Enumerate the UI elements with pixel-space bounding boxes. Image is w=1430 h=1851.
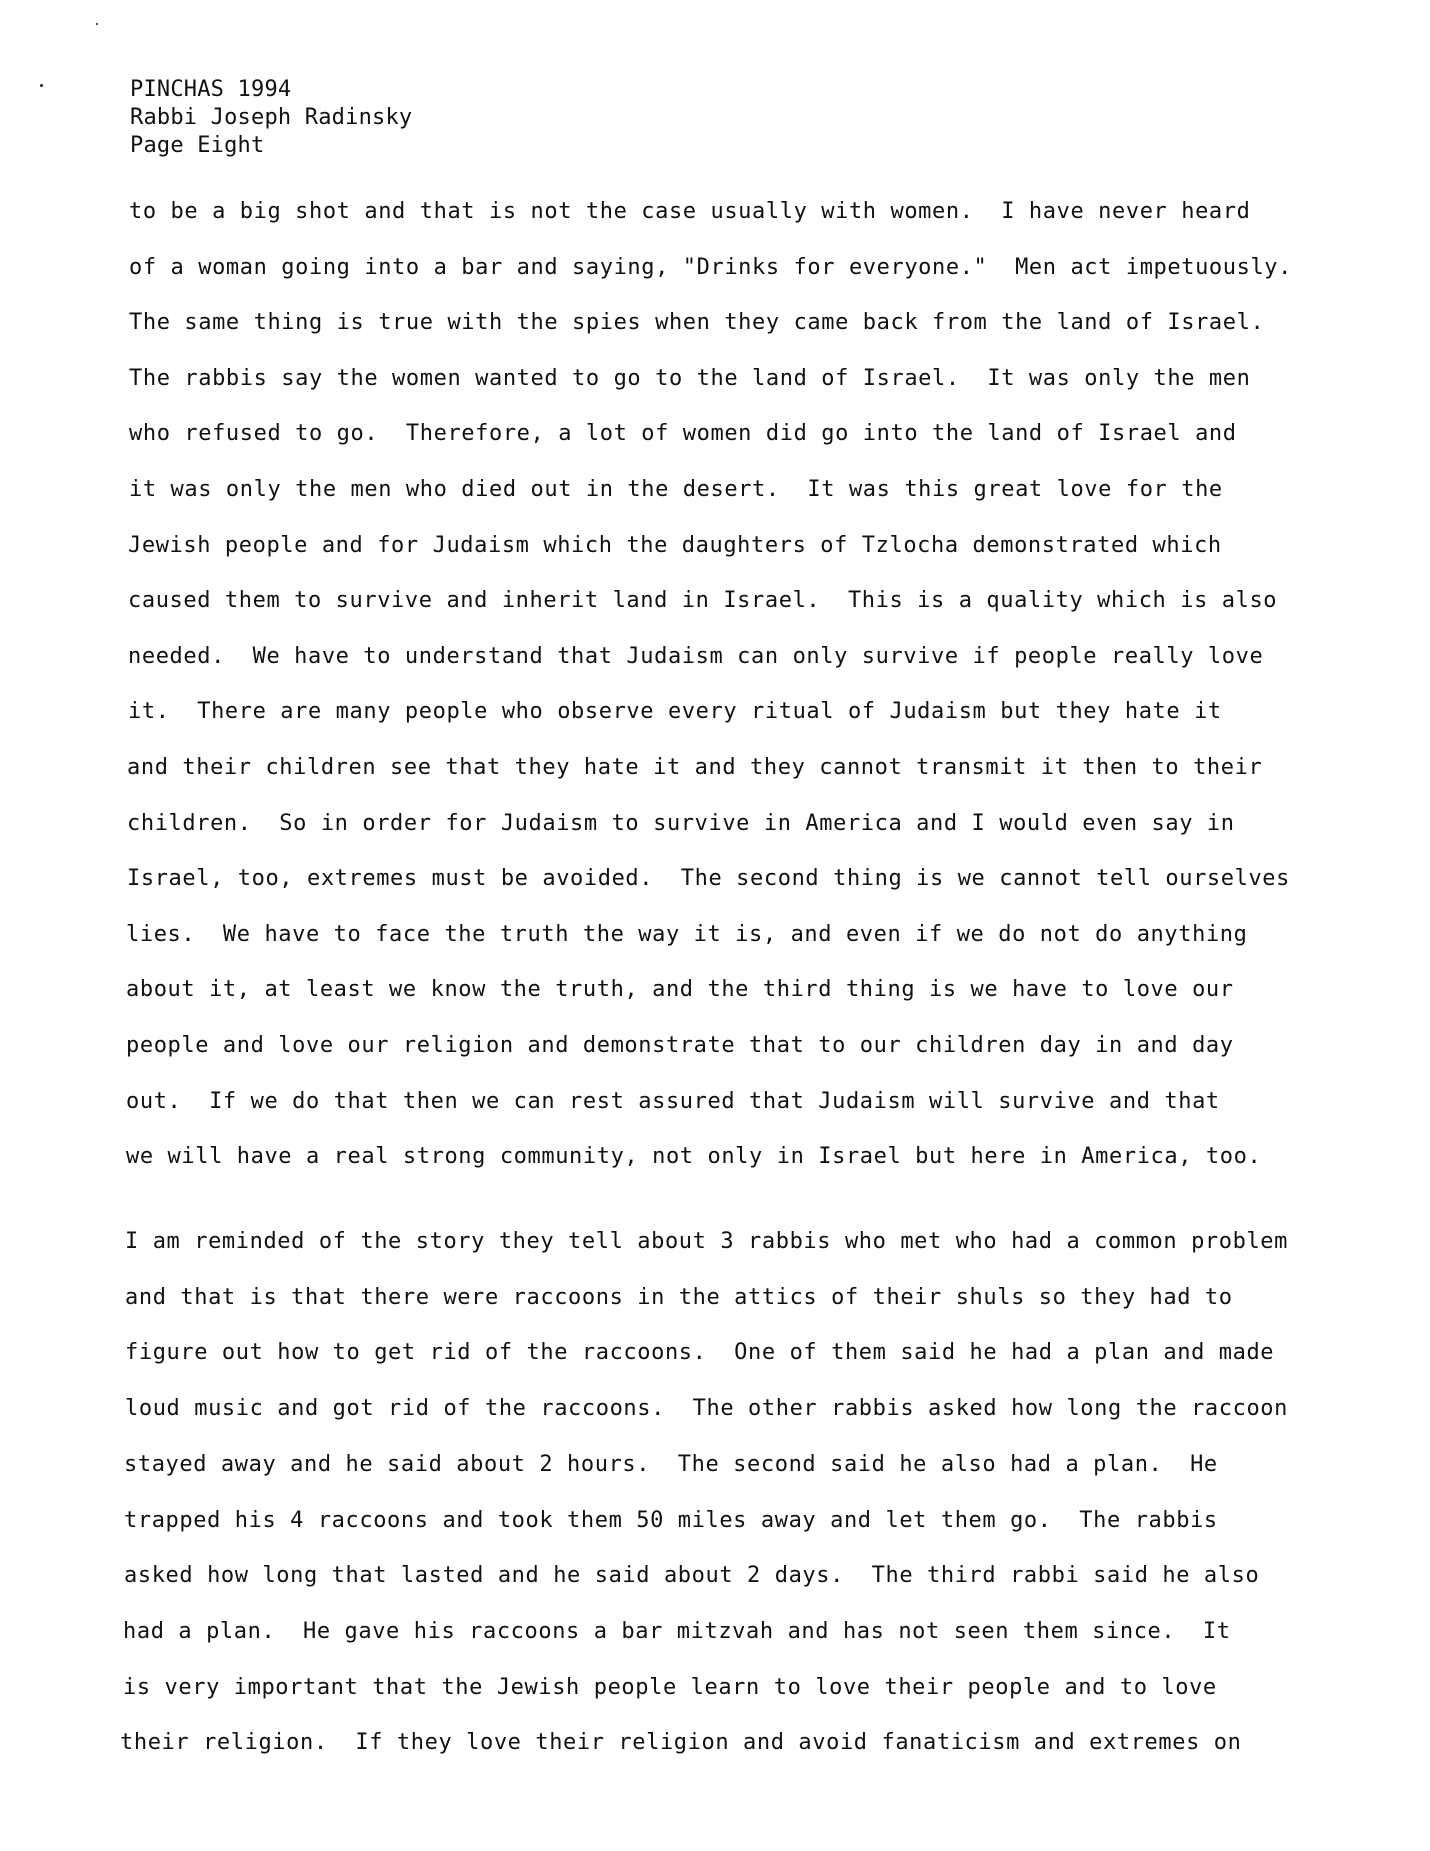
text-line: The same thing is true with the spies wh… (129, 309, 1264, 337)
text-line: of a woman going into a bar and saying, … (129, 254, 1292, 282)
text-line: to be a big shot and that is not the cas… (129, 198, 1250, 226)
text-line: needed. We have to understand that Judai… (128, 643, 1263, 671)
text-line: loud music and got rid of the raccoons. … (125, 1395, 1288, 1423)
text-line: asked how long that lasted and he said a… (124, 1562, 1259, 1590)
text-line: Jewish people and for Judaism which the … (128, 532, 1222, 560)
text-line: and their children see that they hate it… (127, 754, 1262, 782)
text-line: trapped his 4 raccoons and took them 50 … (124, 1507, 1218, 1535)
text-line: and that is that there were raccoons in … (125, 1284, 1233, 1312)
header-page-number: Page Eight (130, 132, 412, 160)
document-header: PINCHAS 1994 Rabbi Joseph Radinsky Page … (130, 76, 412, 160)
text-line: children. So in order for Judaism to sur… (127, 810, 1235, 838)
text-line: who refused to go. Therefore, a lot of w… (129, 420, 1237, 448)
text-line: it. There are many people who observe ev… (128, 698, 1222, 726)
text-line: about it, at least we know the truth, an… (126, 976, 1234, 1004)
header-author: Rabbi Joseph Radinsky (130, 104, 412, 132)
text-line: out. If we do that then we can rest assu… (126, 1088, 1220, 1116)
text-line: is very important that the Jewish people… (123, 1674, 1217, 1702)
text-line: figure out how to get rid of the raccoon… (125, 1339, 1274, 1367)
header-title: PINCHAS 1994 (130, 76, 412, 104)
text-line: lies. We have to face the truth the way … (126, 921, 1247, 949)
text-line: Israel, too, extremes must be avoided. T… (127, 865, 1290, 893)
text-line: it was only the men who died out in the … (129, 476, 1223, 504)
scan-speck (40, 84, 43, 87)
text-line: people and love our religion and demonst… (126, 1032, 1234, 1060)
text-line: caused them to survive and inherit land … (128, 587, 1277, 615)
text-line: stayed away and he said about 2 hours. T… (124, 1451, 1218, 1479)
text-line: their religion. If they love their relig… (120, 1729, 1241, 1757)
text-line: The rabbis say the women wanted to go to… (129, 365, 1250, 393)
text-line: we will have a real strong community, no… (126, 1143, 1261, 1171)
scan-speck (96, 23, 98, 25)
text-line: I am reminded of the story they tell abo… (125, 1228, 1288, 1256)
text-line: had a plan. He gave his raccoons a bar m… (123, 1618, 1231, 1646)
